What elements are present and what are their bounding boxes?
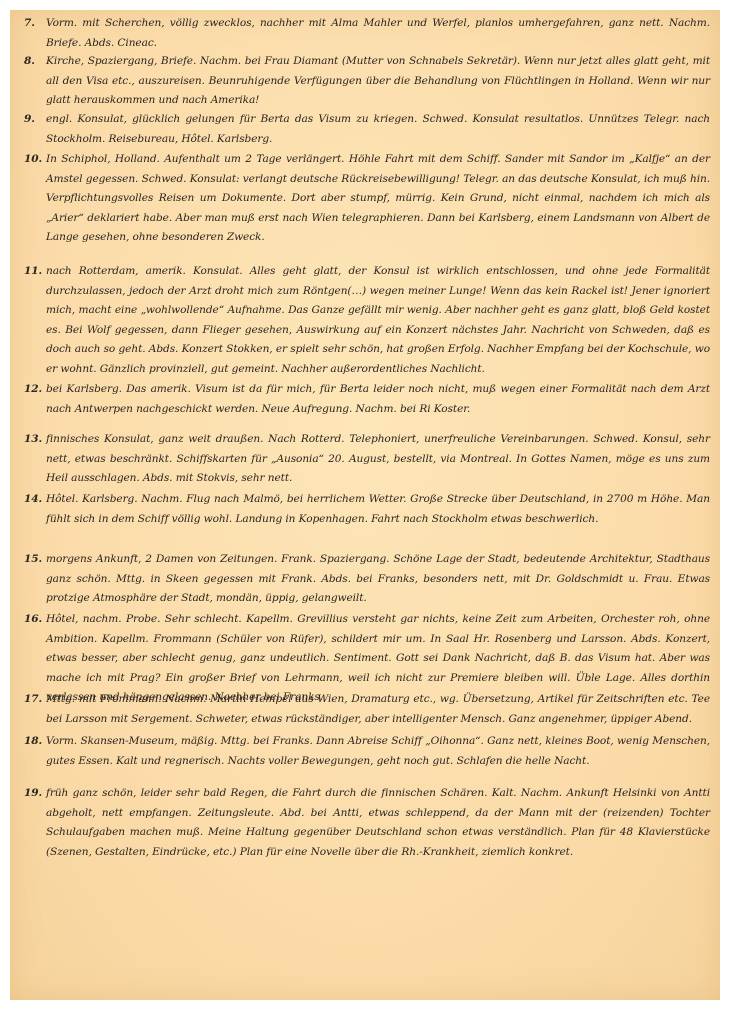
diary-entry-19: 19. früh ganz schön, leider sehr bald Re… [24, 784, 710, 862]
diary-page-lower: 19. früh ganz schön, leider sehr bald Re… [10, 10, 720, 1000]
entry-number: 19. [24, 784, 42, 804]
entry-text: früh ganz schön, leider sehr bald Regen,… [46, 784, 710, 862]
